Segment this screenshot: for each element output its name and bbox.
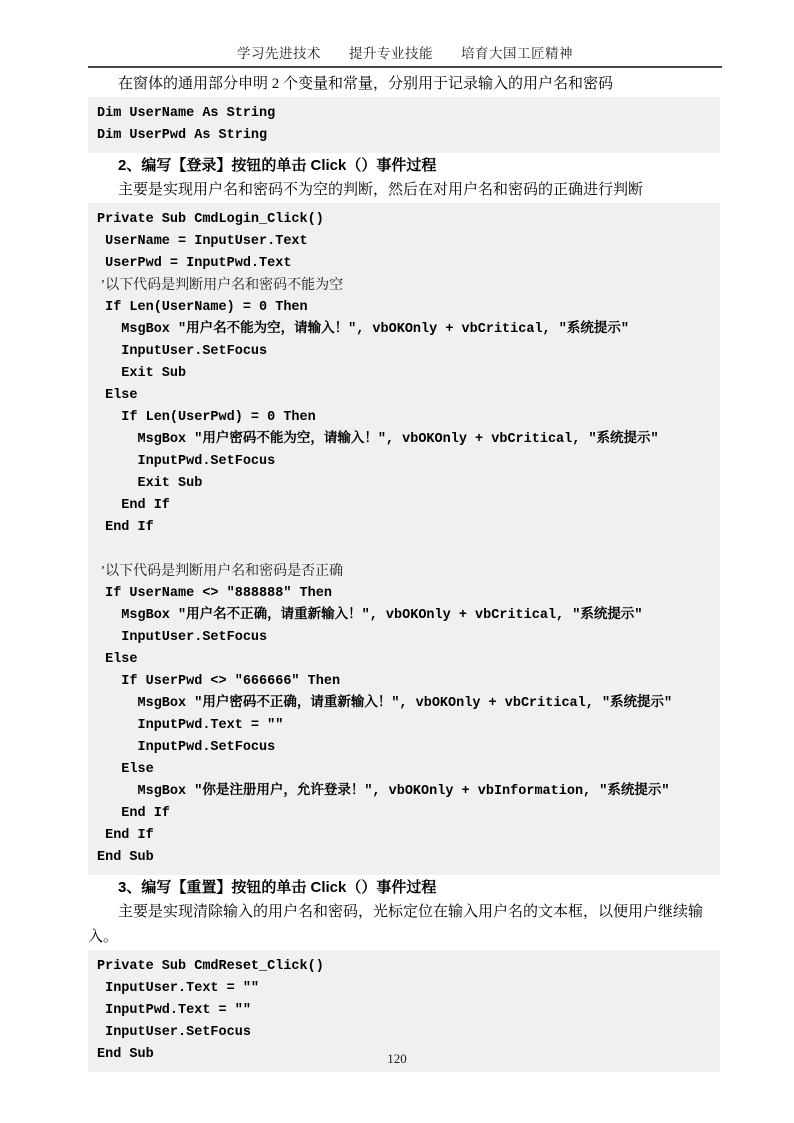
- code-line: InputUser.Text = ″″: [97, 978, 720, 1000]
- document-page: 学习先进技术 提升专业技能 培育大国工匠精神 在窗体的通用部分申明 2 个变量和…: [0, 0, 794, 1123]
- code-line: End If: [97, 825, 720, 847]
- code-line: Else: [97, 649, 720, 671]
- section-heading: 2、编写【登录】按钮的单击 Click（）事件过程: [88, 153, 720, 178]
- code-line: Exit Sub: [97, 473, 720, 495]
- section-heading: 3、编写【重置】按钮的单击 Click（）事件过程: [88, 875, 720, 900]
- content: 在窗体的通用部分申明 2 个变量和常量，分别用于记录输入的用户名和密码Dim U…: [88, 72, 720, 1072]
- code-comment-line: ’以下代码是判断用户名和密码是否正确: [97, 561, 720, 583]
- code-line: If Len(UserName) = 0 Then: [97, 297, 720, 319]
- code-line: End If: [97, 517, 720, 539]
- code-block: Dim UserName As StringDim UserPwd As Str…: [88, 97, 720, 153]
- code-line: End If: [97, 803, 720, 825]
- code-line: InputUser.SetFocus: [97, 627, 720, 649]
- code-line: InputUser.SetFocus: [97, 341, 720, 363]
- code-line: Else: [97, 759, 720, 781]
- paragraph: 主要是实现清除输入的用户名和密码，光标定位在输入用户名的文本框，以便用户继续输入…: [88, 900, 720, 950]
- code-line: InputPwd.Text = ″″: [97, 1000, 720, 1022]
- page-footer: 120: [0, 1050, 794, 1068]
- code-comment-line: ’以下代码是判断用户名和密码不能为空: [97, 275, 720, 297]
- code-line: InputPwd.SetFocus: [97, 451, 720, 473]
- code-line: InputUser.SetFocus: [97, 1022, 720, 1044]
- code-line: If Len(UserPwd) = 0 Then: [97, 407, 720, 429]
- code-line: MsgBox ″用户名不能为空，请输入！″, vbOKOnly + vbCrit…: [97, 319, 720, 341]
- code-line: End If: [97, 495, 720, 517]
- code-line: MsgBox ″用户名不正确，请重新输入！″, vbOKOnly + vbCri…: [97, 605, 720, 627]
- code-line: If UserPwd <> ″666666″ Then: [97, 671, 720, 693]
- code-block: Private Sub CmdLogin_Click() UserName = …: [88, 203, 720, 875]
- code-line: Private Sub CmdLogin_Click(): [97, 209, 720, 231]
- code-line: End Sub: [97, 847, 720, 869]
- header-motto: 学习先进技术 提升专业技能 培育大国工匠精神: [237, 46, 573, 61]
- page-header: 学习先进技术 提升专业技能 培育大国工匠精神: [88, 45, 722, 68]
- code-line: Private Sub CmdReset_Click(): [97, 956, 720, 978]
- page-number: 120: [387, 1051, 407, 1066]
- code-line: If UserName <> ″888888″ Then: [97, 583, 720, 605]
- paragraph: 在窗体的通用部分申明 2 个变量和常量，分别用于记录输入的用户名和密码: [88, 72, 720, 97]
- code-line: InputPwd.Text = ″″: [97, 715, 720, 737]
- code-line: MsgBox ″你是注册用户，允许登录！″, vbOKOnly + vbInfo…: [97, 781, 720, 803]
- code-line: UserName = InputUser.Text: [97, 231, 720, 253]
- code-line: MsgBox ″用户密码不能为空，请输入！″, vbOKOnly + vbCri…: [97, 429, 720, 451]
- code-line: Dim UserPwd As String: [97, 125, 720, 147]
- code-line: MsgBox ″用户密码不正确，请重新输入！″, vbOKOnly + vbCr…: [97, 693, 720, 715]
- code-line: Dim UserName As String: [97, 103, 720, 125]
- code-line: Else: [97, 385, 720, 407]
- code-line: InputPwd.SetFocus: [97, 737, 720, 759]
- code-line: [97, 539, 720, 561]
- code-line: UserPwd = InputPwd.Text: [97, 253, 720, 275]
- paragraph: 主要是实现用户名和密码不为空的判断，然后在对用户名和密码的正确进行判断: [88, 178, 720, 203]
- code-line: Exit Sub: [97, 363, 720, 385]
